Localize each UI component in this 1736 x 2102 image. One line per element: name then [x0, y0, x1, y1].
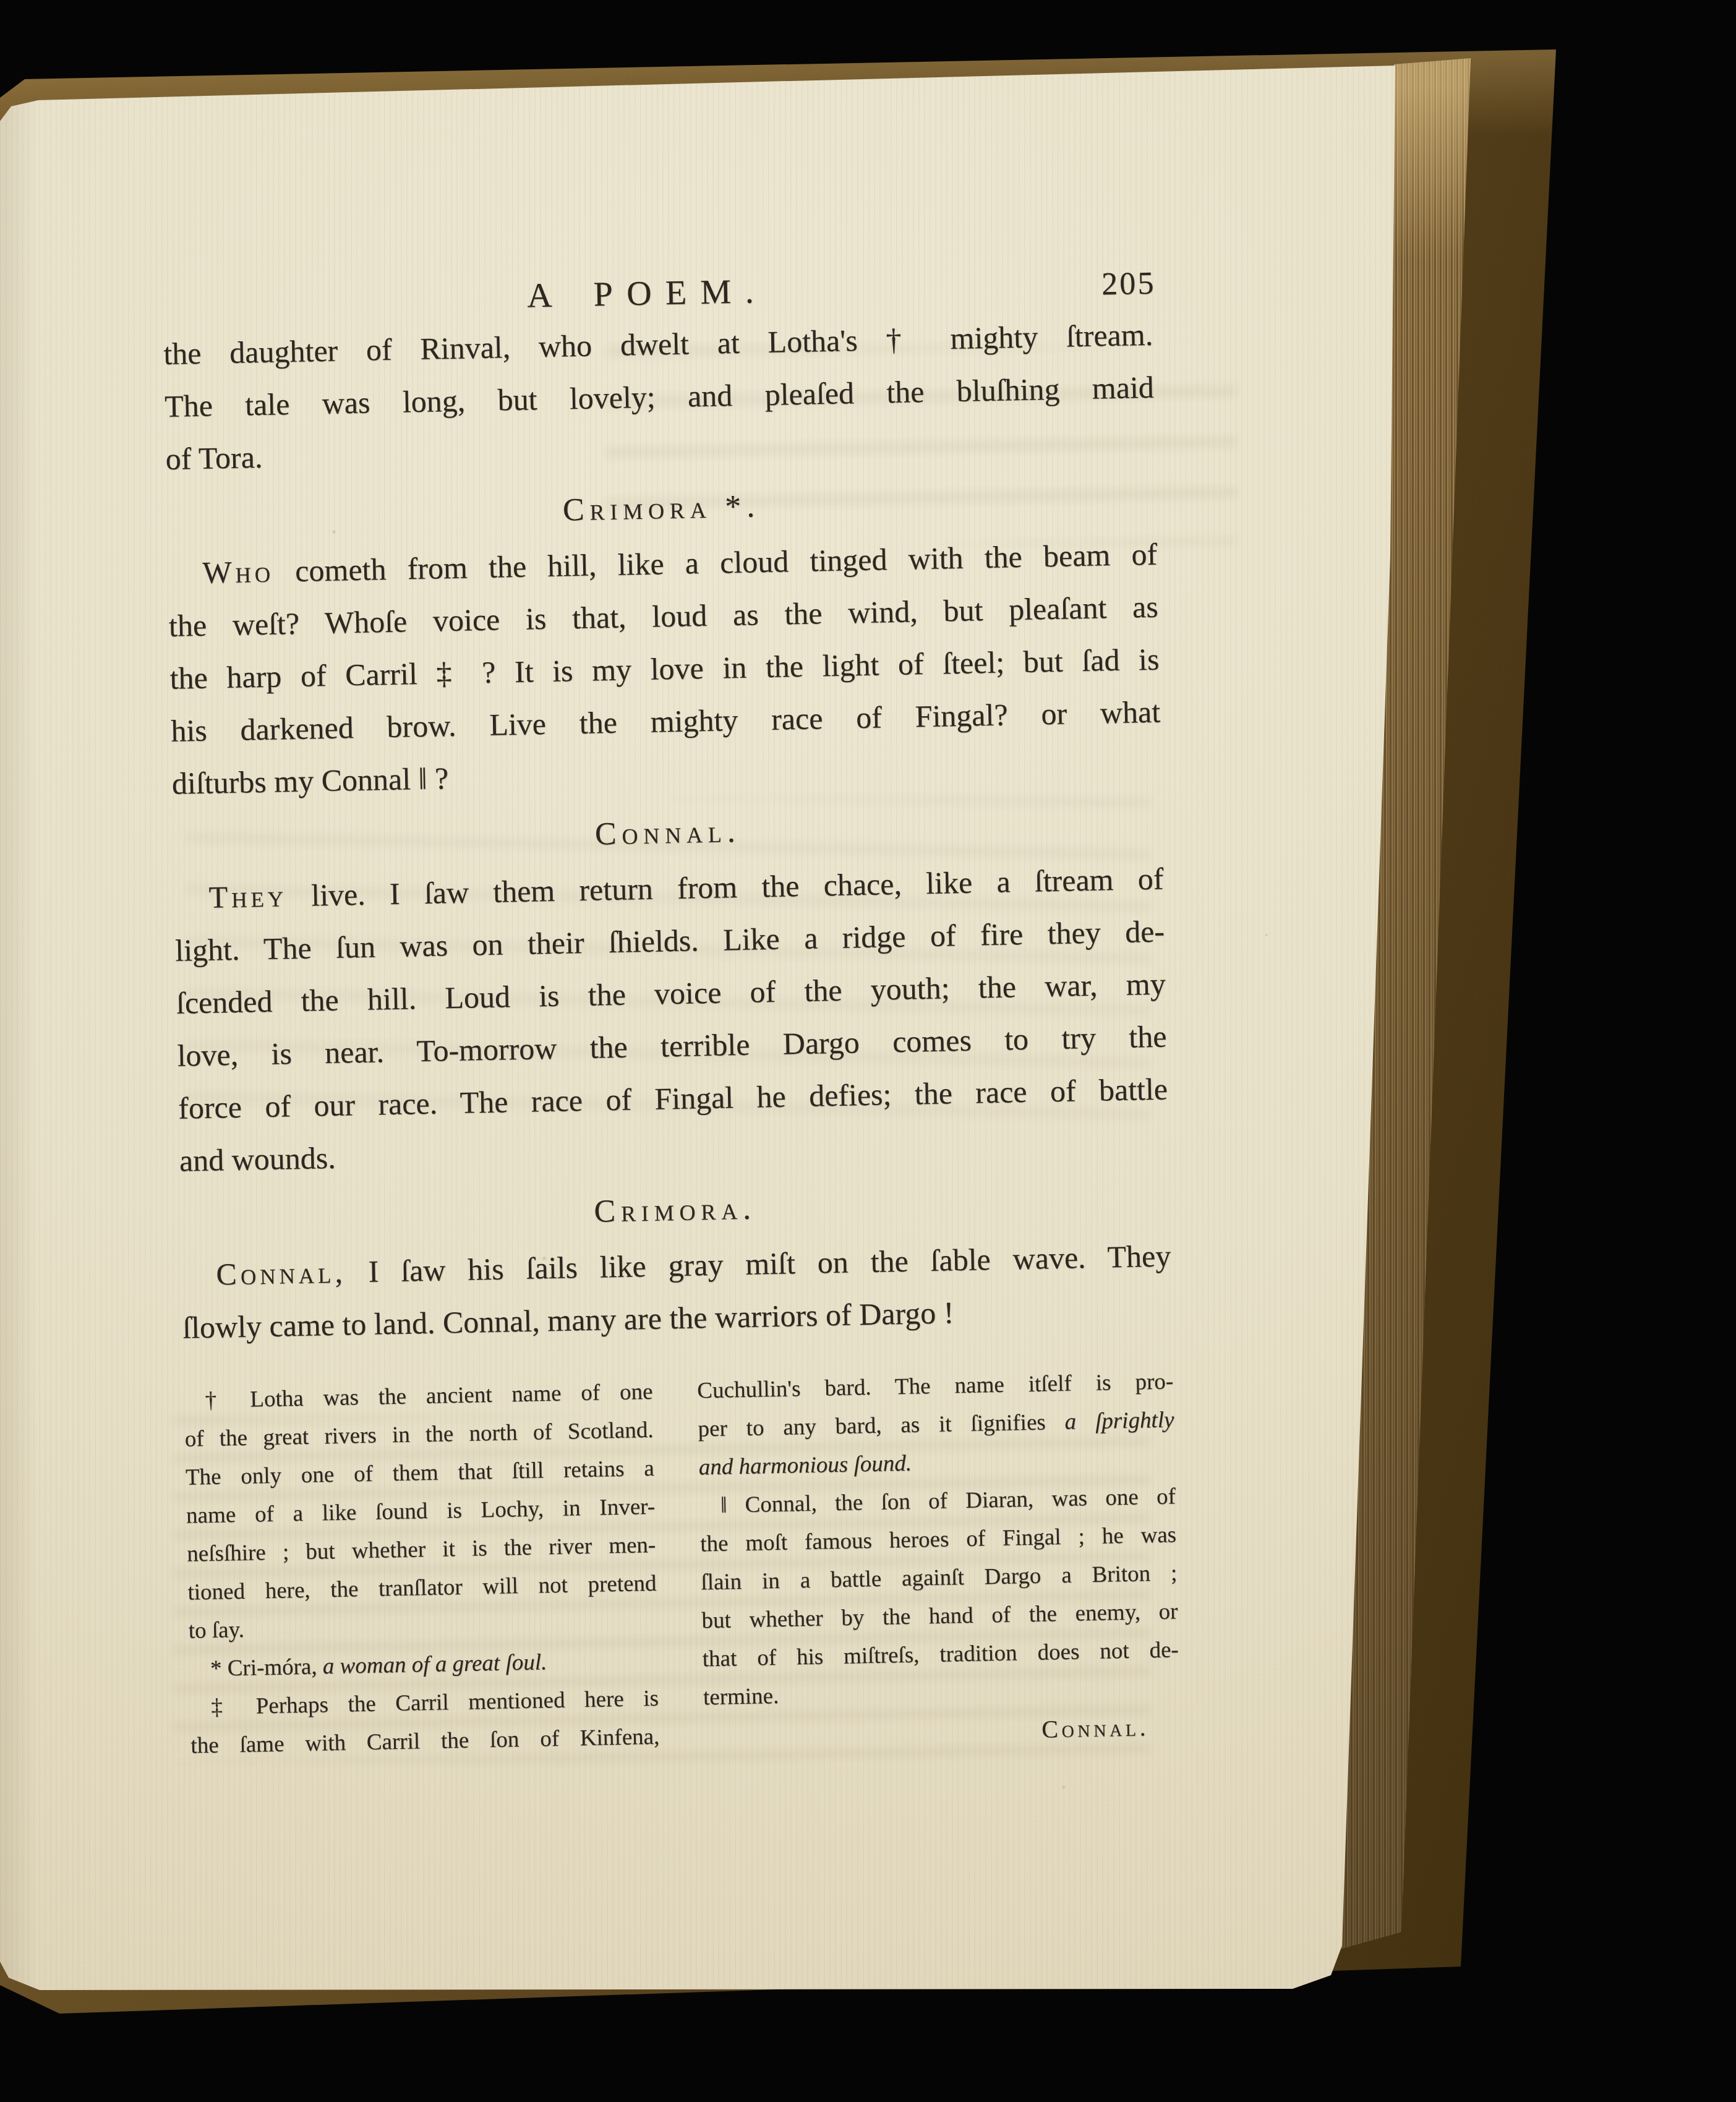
paragraph-crimora-speech-2: Connal, I ſaw his ſails like gray miſt o… [181, 1229, 1173, 1354]
lead-word: Connal, [216, 1254, 346, 1291]
line-text: per to any bard, as it ſignifies [698, 1409, 1065, 1442]
catchword: Connal. [1041, 1713, 1150, 1743]
paragraph-continuation: the daughter of Rinval, who dwelt at Lot… [163, 309, 1156, 485]
photo-backdrop: A POEM. 205 the daughter of Rinval, who … [0, 0, 1736, 2102]
lead-word: They [208, 878, 288, 914]
line-text: live. I ſaw them return from the chace, … [286, 861, 1163, 913]
italic-phrase: a ſprightly [1064, 1407, 1174, 1434]
lead-word: Who [202, 554, 275, 590]
line-text: * Cri-móra, [210, 1654, 323, 1681]
paragraph-crimora-speech-1: Who cometh from the hill, like a cloud t… [168, 528, 1162, 810]
page-number: 205 [1101, 259, 1156, 310]
line-text: cometh from the hill, like a cloud tinge… [273, 537, 1157, 589]
line-text: I ſaw his ſails like gray miſt on the ſa… [346, 1238, 1171, 1289]
footnotes: † Lotha was the ancient name of one of t… [184, 1362, 1181, 1765]
footnote-column-right: Cuchullin's bard. The name itſelf is pro… [697, 1362, 1181, 1755]
running-title: A POEM. [526, 267, 768, 321]
footnote-column-left: † Lotha was the ancient name of one of t… [184, 1373, 660, 1766]
paragraph-connal-speech: They live. I ſaw them return from the ch… [174, 853, 1169, 1187]
italic-phrase: and harmonious ſound. [698, 1451, 912, 1480]
page-content: A POEM. 205 the daughter of Rinval, who … [162, 259, 1181, 1766]
italic-phrase: a woman of a great ſoul. [322, 1649, 547, 1679]
